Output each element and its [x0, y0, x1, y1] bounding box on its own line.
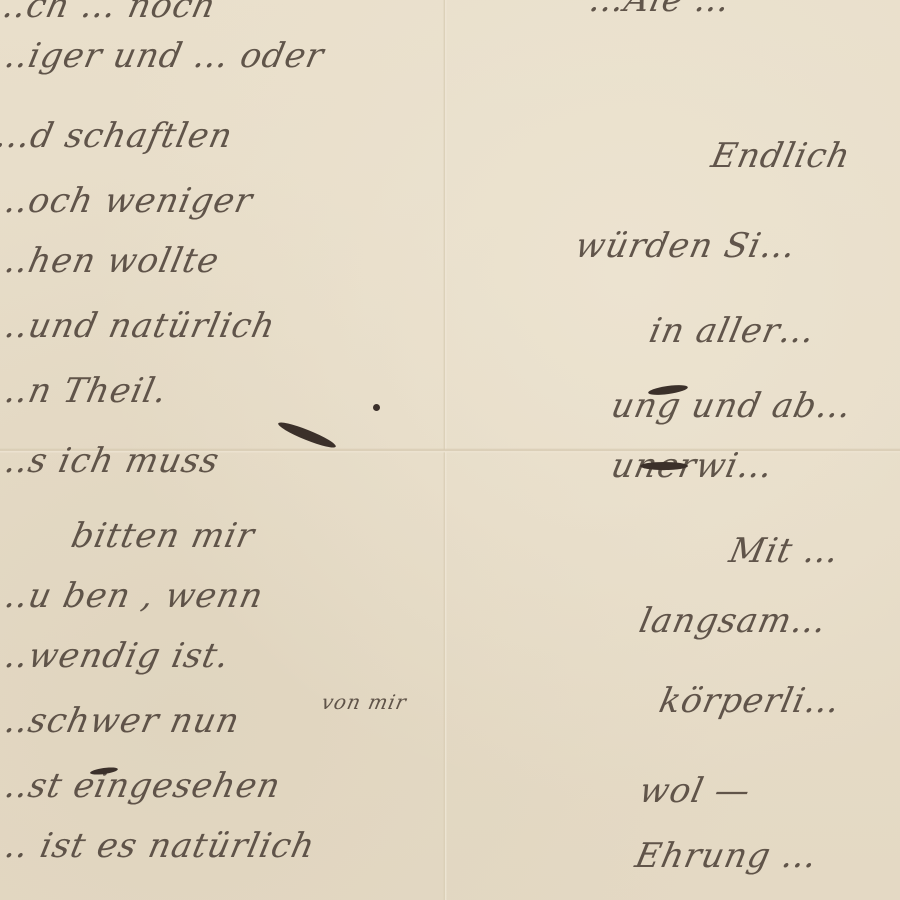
- handwritten-line: Ehrung …: [632, 836, 822, 876]
- handwritten-line: unerwi…: [608, 446, 778, 486]
- handwritten-line: …schwer nun: [0, 701, 244, 741]
- handwritten-line: …hen wollte: [0, 241, 223, 281]
- handwritten-line: Mit …: [726, 531, 844, 571]
- ink-dot: [373, 404, 380, 411]
- handwritten-line: in aller…: [646, 311, 819, 351]
- handwritten-line: ung und ab…: [608, 386, 856, 426]
- handwritten-line: …iger und … oder: [0, 36, 328, 76]
- interlinear-note: von mir: [319, 690, 409, 714]
- handwritten-line: bitten mir: [68, 516, 259, 556]
- letter-photo: …ch … noch …iger und … oder …d schaftlen…: [0, 0, 900, 900]
- handwritten-line: Endlich: [708, 136, 855, 176]
- handwritten-line: …d schaftlen: [0, 116, 237, 156]
- handwritten-line: …och weniger: [0, 181, 257, 221]
- handwritten-line: …und natürlich: [0, 306, 279, 346]
- handwritten-line: …ch … noch: [0, 0, 220, 26]
- handwritten-line: …s ich muss: [0, 441, 223, 481]
- handwritten-line: …Ale …: [586, 0, 735, 20]
- handwritten-line: …u ben , wenn: [0, 576, 267, 616]
- handwritten-line: … ist es natürlich: [0, 826, 319, 866]
- handwritten-line: wol —: [636, 771, 755, 811]
- handwritten-line: körperli…: [656, 681, 845, 721]
- ink-stroke: [276, 419, 337, 451]
- ink-stroke: [640, 462, 688, 470]
- handwritten-line: langsam…: [636, 601, 831, 641]
- handwritten-line: würden Si…: [572, 226, 801, 266]
- handwritten-line: …st eingesehen: [0, 766, 284, 806]
- handwritten-line: …n Theil.: [0, 371, 171, 411]
- handwritten-line: …wendig ist.: [0, 636, 233, 676]
